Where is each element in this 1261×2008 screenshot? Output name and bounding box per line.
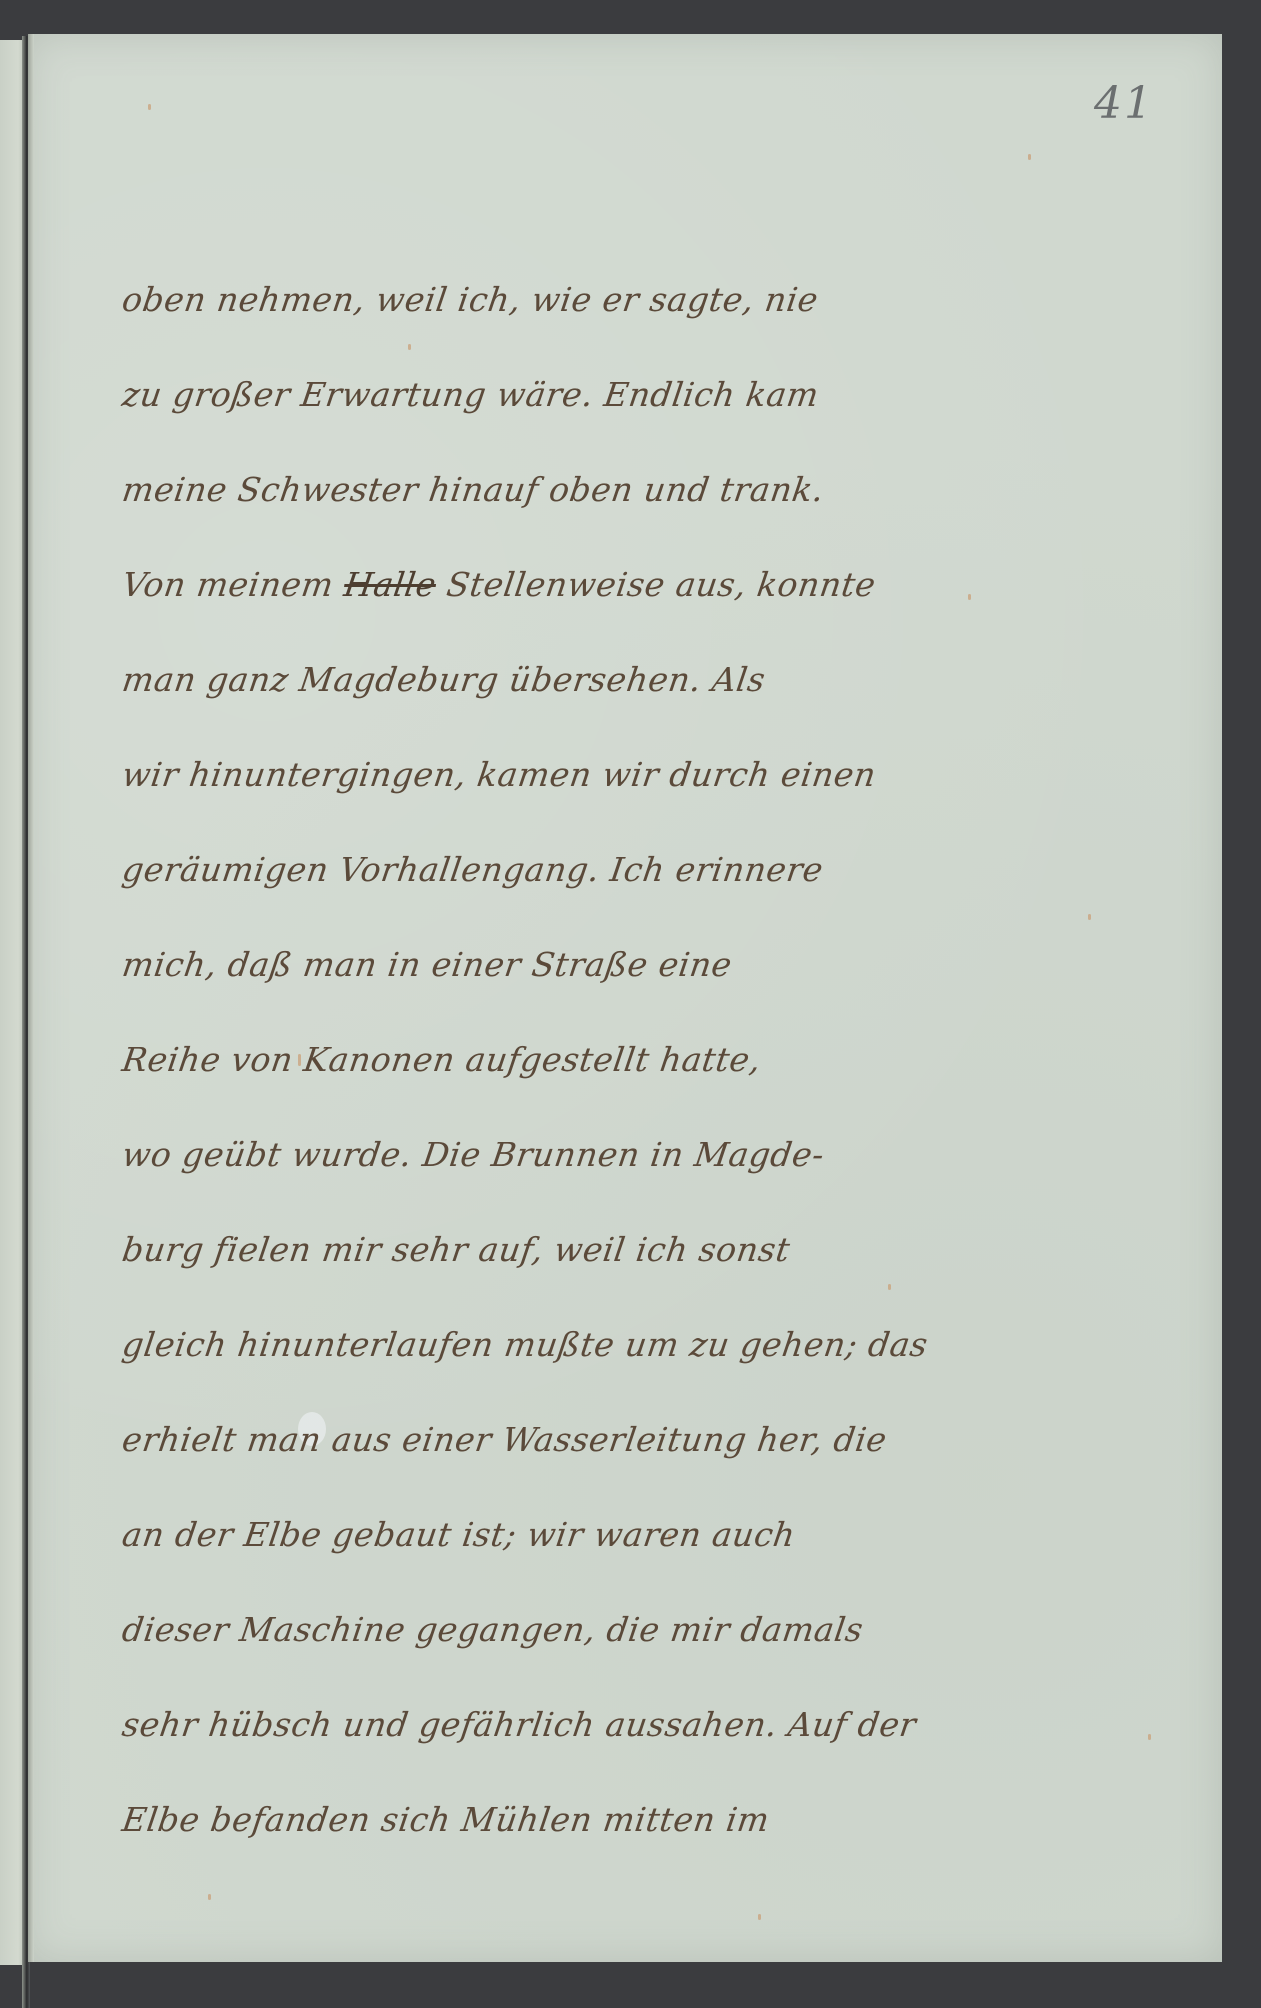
text-line: geräumigen Vorhallengang. Ich erinnere — [113, 840, 926, 935]
text-line: Elbe befanden sich Mühlen mitten im — [113, 1790, 926, 1885]
text-line: erhielt man aus einer Wasserleitung her,… — [113, 1410, 926, 1505]
text-line-with-strikeout: Von meinem Halle Stellenweise aus, konnt… — [113, 555, 926, 650]
text-line: sehr hübsch und gefährlich aussahen. Auf… — [113, 1695, 926, 1790]
text-line: oben nehmen, weil ich, wie er sagte, nie — [113, 270, 926, 365]
manuscript-page: 41 oben nehmen, weil ich, wie er sagte, … — [28, 34, 1222, 1962]
paper-speck — [968, 594, 971, 600]
handwritten-text: oben nehmen, weil ich, wie er sagte, nie… — [120, 270, 920, 1885]
manuscript-scan: 41 oben nehmen, weil ich, wie er sagte, … — [0, 0, 1261, 2008]
text-line: mich, daß man in einer Straße eine — [113, 935, 926, 1030]
line-rest: Stellenweise aus, konnte — [444, 565, 878, 604]
paper-speck — [1088, 914, 1091, 920]
paper-speck — [148, 104, 151, 110]
text-line: man ganz Magdeburg übersehen. Als — [113, 650, 926, 745]
paper-speck — [208, 1894, 211, 1900]
paper-speck — [1028, 154, 1031, 160]
text-line: wo geübt wurde. Die Brunnen in Magde- — [113, 1125, 926, 1220]
text-line: gleich hinunterlaufen mußte um zu gehen;… — [113, 1315, 926, 1410]
text-line: burg fielen mir sehr auf, weil ich sonst — [113, 1220, 926, 1315]
text-line: zu großer Erwartung wäre. Endlich kam — [113, 365, 926, 460]
paper-speck — [758, 1914, 761, 1920]
line-start: Von meinem — [120, 565, 336, 604]
struck-word: Halle — [342, 565, 439, 604]
text-line: wir hinuntergingen, kamen wir durch eine… — [113, 745, 926, 840]
page-fold — [28, 34, 34, 1962]
text-line: meine Schwester hinauf oben und trank. — [113, 460, 926, 555]
text-line: an der Elbe gebaut ist; wir waren auch — [113, 1505, 926, 1600]
text-line: dieser Maschine gegangen, die mir damals — [113, 1600, 926, 1695]
paper-speck — [1148, 1734, 1151, 1740]
page-number: 41 — [1094, 78, 1154, 129]
text-line: Reihe von Kanonen aufgestellt hatte, — [113, 1030, 926, 1125]
